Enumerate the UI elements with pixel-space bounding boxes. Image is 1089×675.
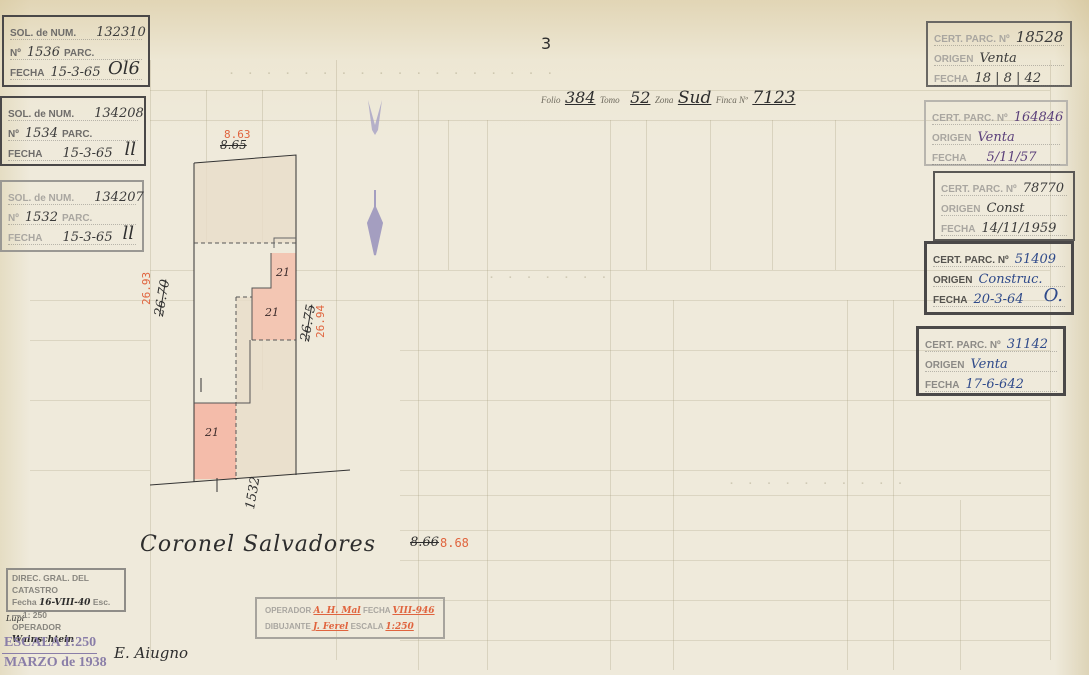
num-value: 134208 [94,107,144,120]
grid-line [400,600,1050,601]
left-dimension-new: 26.93 [140,272,153,305]
cert-stamp-4: CERT. PARC. Nº51409 ORIGENConstruc. FECH… [924,241,1074,315]
tomo-label: Tomo [600,95,620,105]
parc-label: Nº [10,49,21,59]
fecha-label: FECHA [934,75,968,85]
zona-label: Zona [655,95,674,105]
cert-label: CERT. PARC. Nº [941,185,1017,195]
fecha-label: FECHA [925,381,959,391]
grid-line [610,120,611,670]
building-label: 21 [205,426,219,439]
fecha-value: 18 | 8 | 42 [974,72,1041,85]
parc-value: 1532 [25,211,58,224]
operador-label: OPERADOR [12,622,61,632]
origen-label: ORIGEN [934,55,973,65]
building-label: 21 [276,266,290,279]
num-value: 132310 [96,26,146,39]
fecha-value: 20-3-64 [973,293,1023,306]
fecha-value: 14/11/1959 [981,222,1056,235]
origen-label: ORIGEN [932,134,971,144]
cert-value: 31142 [1007,338,1048,351]
cert-value: 164846 [1014,111,1064,124]
grid-line [400,530,1050,531]
left-side-dimensions: 26.93 [140,272,153,305]
grid-line [400,495,1050,496]
grid-line [400,470,1050,471]
tomo-value: 52 [630,88,650,107]
fecha-label: FECHA [363,606,390,615]
fecha-label: FECHA [941,225,975,235]
origen-label: ORIGEN [933,276,972,286]
fecha-label: FECHA [10,69,44,79]
solicitud-stamp-1: SOL. de NUM.132310 Nº1536PARC. FECHA15-3… [2,15,150,87]
faint-printed-heading: · · · · · · · [490,272,612,284]
front-dimension-old: 8.65 [220,138,247,152]
num-value: 134207 [94,191,144,204]
solicitud-stamp-2: SOL. de NUM.134208 Nº1534PARC. FECHA15-3… [0,96,146,166]
cert-stamp-2: CERT. PARC. Nº164846 ORIGENVenta FECHA5/… [924,100,1068,166]
origen-value: Construc. [978,273,1042,286]
note-lupi: Lupi [6,614,24,623]
cert-stamp-3: CERT. PARC. Nº78770 ORIGENConst FECHA14/… [933,171,1075,241]
origen-value: Const [986,202,1024,215]
parc-suffix: PARC. [64,49,94,59]
signature: E. Aiugno [114,644,188,662]
grid-line [448,120,449,270]
fecha-label: FECHA [932,154,966,164]
grid-line [400,400,1050,401]
grid-line [772,120,773,270]
cadastral-sheet: · · · · · · · · · · · · · · · · · · · · … [0,0,1089,675]
cert-stamp-1: CERT. PARC. Nº18528 ORIGENVenta FECHA18 … [926,21,1072,87]
street-dimension-new: 8.68 [440,536,469,550]
grid-line [30,300,150,301]
catastro-heading: DIREC. GRAL. DEL CATASTRO [12,572,120,596]
fecha-value: VIII-946 [392,606,434,616]
parc-suffix: PARC. [62,214,92,224]
initials: ll [122,225,134,243]
catastro-stamp: DIREC. GRAL. DEL CATASTRO Fecha 16-VIII-… [6,568,126,612]
right-side-new: 26.94 [314,305,327,338]
building-label: 21 [265,306,279,319]
parcel-plan [150,120,370,520]
grid-line [30,400,150,401]
cert-label: CERT. PARC. Nº [933,256,1009,266]
escala-value: 1:250 [385,622,413,632]
fecha-value: 15-3-65 [62,147,112,160]
initials: ll [124,141,136,159]
divider [2,653,97,654]
dibujante-row: DIBUJANTE J. Ferel ESCALA 1:250 [265,619,435,635]
num-label: SOL. de NUM. [8,194,74,204]
fecha-value: 15-3-65 [50,66,100,79]
grid-line [835,120,836,270]
cert-label: CERT. PARC. Nº [925,341,1001,351]
fecha-label: FECHA [8,234,42,244]
fecha-label: Fecha [12,597,37,607]
folio-label: Folio [541,95,561,105]
catastro-fecha-row: Fecha 16-VIII-40 Esc. — 1: 250 [12,596,120,621]
operador-label: OPERADOR [265,606,311,615]
parc-label: Nº [8,130,19,140]
right-dimension-new: 26.94 [314,305,327,338]
operator-stamp: OPERADOR A. H. Mal FECHA VIII-946 DIBUJA… [255,597,445,639]
dibujante-value: J. Ferel [313,622,348,632]
initials: Ol6 [108,60,140,78]
cert-value: 78770 [1023,182,1064,195]
date-label: MARZO de 1938 [4,655,107,671]
cert-label: CERT. PARC. Nº [934,35,1010,45]
parc-value: 1536 [27,46,60,59]
fecha-value: 17-6-642 [965,378,1023,391]
fecha-value: 5/11/57 [986,151,1036,164]
operador-value: A. H. Mal [313,606,360,616]
fecha-label: FECHA [933,296,967,306]
num-label: SOL. de NUM. [10,29,76,39]
fecha-label: FECHA [8,150,42,160]
parc-label: Nº [8,214,19,224]
origen-value: Venta [979,52,1016,65]
initials: O. [1044,287,1063,305]
grid-line [30,340,150,341]
num-label: SOL. de NUM. [8,110,74,120]
cert-stamp-5: CERT. PARC. Nº31142 ORIGENVenta FECHA17-… [916,326,1066,396]
origen-value: Venta [977,131,1014,144]
faint-printed-heading: · · · · · · · · · · [730,478,908,490]
dibujante-label: DIBUJANTE [265,622,311,631]
origen-value: Venta [970,358,1007,371]
fecha-value: 16-VIII-40 [39,598,90,608]
scale-label: ESCALA 1:250 [4,635,96,651]
street-dimension-old: 8.66 [410,535,439,550]
registry-line: Folio 384 Tomo 52 Zona Sud Finca Nº 7123 [541,88,796,108]
grid-line [400,640,1050,641]
street-name: Coronel Salvadores [140,532,376,557]
building-block [194,403,236,479]
grid-line [418,90,419,670]
finca-label: Finca Nº [716,95,748,105]
grid-line [710,120,711,270]
fecha-value: 15-3-65 [62,231,112,244]
cert-label: CERT. PARC. Nº [932,114,1008,124]
faint-printed-heading: · · · · · · · · · · · · · · · · · · [230,68,558,80]
grid-line [30,470,150,471]
escala-label: ESCALA [351,622,384,631]
operador-row: OPERADOR A. H. Mal FECHA VIII-946 [265,603,435,619]
grid-line [960,500,961,670]
sheet-number: 3 [541,34,551,53]
grid-line [646,120,647,270]
folio-value: 384 [565,88,596,107]
origen-label: ORIGEN [941,205,980,215]
zona-value: Sud [678,88,711,108]
solicitud-stamp-3: SOL. de NUM.134207 Nº1532PARC. FECHA15-3… [0,180,144,252]
finca-value: 7123 [752,88,795,108]
cert-value: 18528 [1016,30,1064,45]
parc-suffix: PARC. [62,130,92,140]
origen-label: ORIGEN [925,361,964,371]
parc-value: 1534 [25,127,58,140]
grid-line [400,560,1050,561]
grid-line [673,300,674,670]
cert-value: 51409 [1015,253,1056,266]
grid-line [487,120,488,670]
